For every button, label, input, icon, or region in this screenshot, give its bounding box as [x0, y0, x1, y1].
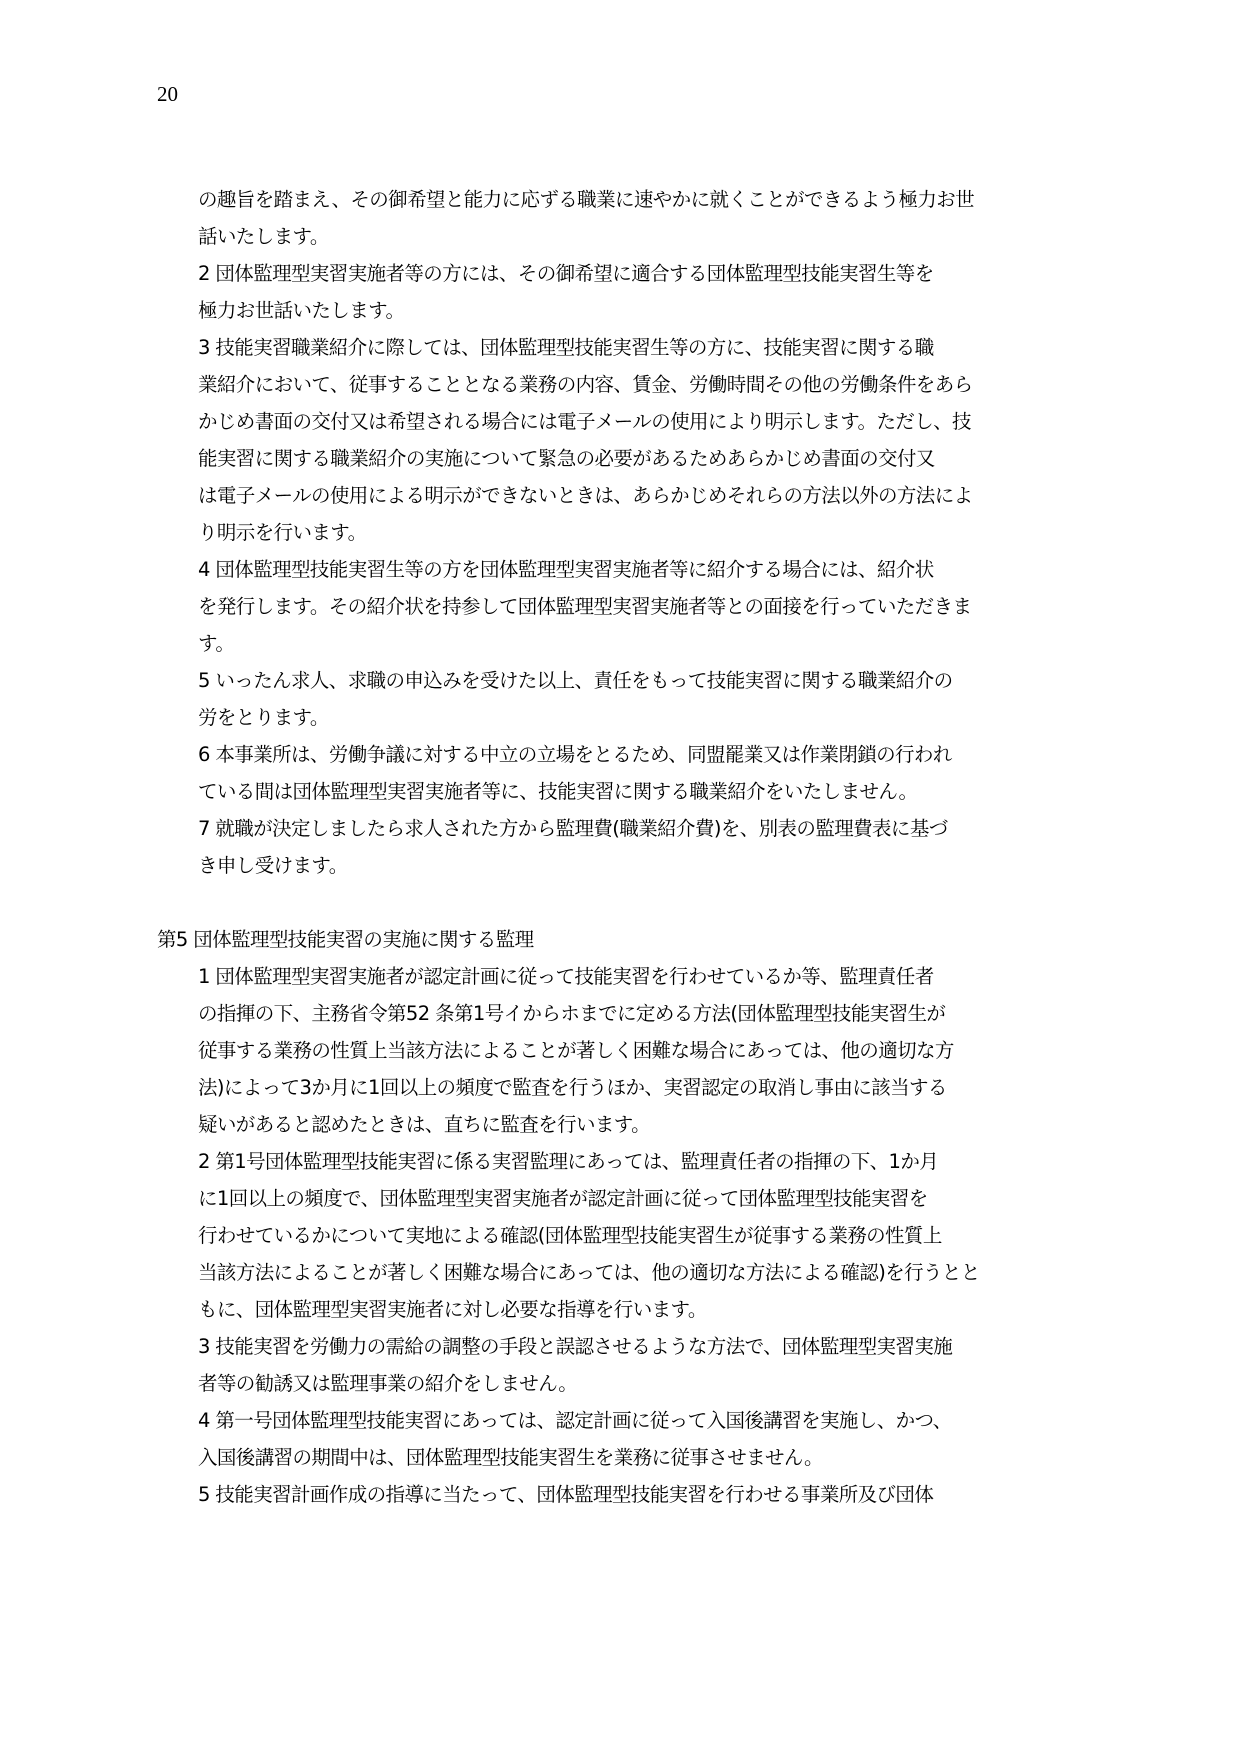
section5-item-2-line: 当該方法によることが著しく困難な場合にあっては、他の適切な方法による確認)を行う…	[198, 1261, 980, 1285]
section5-item-1-line: 法)によって3か月に1回以上の頻度で監査を行うほか、実習認定の取消し事由に該当す…	[198, 1076, 947, 1100]
list-item-3-line: 3 技能実習職業紹介に際しては、団体監理型技能実習生等の方に、技能実習に関する職	[198, 336, 934, 360]
section5-item-4-line: 入国後講習の期間中は、団体監理型技能実習生を業務に従事させません。	[198, 1446, 823, 1470]
list-item-3-line: は電子メールの使用による明示ができないときは、あらかじめそれらの方法以外の方法に…	[198, 484, 973, 508]
list-item-4-line: を発行します。その紹介状を持参して団体監理型実習実施者等との面接を行っていただき…	[198, 595, 971, 619]
list-item-3-line: 能実習に関する職業紹介の実施について緊急の必要があるためあらかじめ書面の交付又	[198, 447, 935, 471]
page-number: 20	[157, 82, 178, 106]
section5-item-1-line: 従事する業務の性質上当該方法によることが著しく困難な場合にあっては、他の適切な方	[198, 1039, 954, 1063]
section5-item-2-line: 行わせているかについて実地による確認(団体監理型技能実習生が従事する業務の性質上	[198, 1224, 942, 1248]
section-heading: 第5 団体監理型技能実習の実施に関する監理	[157, 928, 534, 952]
list-item-6-line: 6 本事業所は、労働争議に対する中立の立場をとるため、同盟罷業又は作業閉鎖の行わ…	[198, 743, 952, 767]
list-item-6-line: ている間は団体監理型実習実施者等に、技能実習に関する職業紹介をいたしません。	[198, 780, 917, 804]
list-item-2-line: 極力お世話いたします。	[198, 299, 404, 323]
list-item-3-line: り明示を行います。	[198, 521, 367, 545]
list-item-3-line: 業紹介において、従事することとなる業務の内容、賃金、労働時間その他の労働条件をあ…	[198, 373, 973, 397]
section5-item-1-line: の指揮の下、主務省令第52 条第1号イからホまでに定める方法(団体監理型技能実習…	[198, 1002, 945, 1026]
list-item-7-line: 7 就職が決定しましたら求人された方から監理費(職業紹介費)を、別表の監理費表に…	[198, 817, 948, 841]
section5-item-3-line: 者等の勧誘又は監理事業の紹介をしません。	[198, 1372, 577, 1396]
list-item-3-line: かじめ書面の交付又は希望される場合には電子メールの使用により明示します。ただし、…	[198, 410, 971, 434]
section5-item-4-line: 4 第一号団体監理型技能実習にあっては、認定計画に従って入国後講習を実施し、かつ…	[198, 1409, 952, 1433]
list-item-7-line: き申し受けます。	[198, 854, 348, 878]
section5-item-2-line: に1回以上の頻度で、団体監理型実習実施者が認定計画に従って団体監理型技能実習を	[198, 1187, 928, 1211]
list-item-4-line: す。	[198, 632, 234, 656]
paragraph-line: 話いたします。	[198, 225, 329, 249]
section5-item-1-line: 1 団体監理型実習実施者が認定計画に従って技能実習を行わせているか等、監理責任者	[198, 965, 934, 989]
list-item-5-line: 労をとります。	[198, 706, 329, 730]
section5-item-1-line: 疑いがあると認めたときは、直ちに監査を行います。	[198, 1113, 650, 1137]
section5-item-2-line: もに、団体監理型実習実施者に対し必要な指導を行います。	[198, 1298, 707, 1322]
list-item-4-line: 4 団体監理型技能実習生等の方を団体監理型実習実施者等に紹介する場合には、紹介状	[198, 558, 934, 582]
list-item-2-line: 2 団体監理型実習実施者等の方には、その御希望に適合する団体監理型技能実習生等を	[198, 262, 934, 286]
paragraph-line: の趣旨を踏まえ、その御希望と能力に応ずる職業に速やかに就くことができるよう極力お…	[198, 188, 974, 212]
section5-item-2-line: 2 第1号団体監理型技能実習に係る実習監理にあっては、監理責任者の指揮の下、1か…	[198, 1150, 938, 1174]
section5-item-5-line: 5 技能実習計画作成の指導に当たって、団体監理型技能実習を行わせる事業所及び団体	[198, 1483, 933, 1507]
section5-item-3-line: 3 技能実習を労働力の需給の調整の手段と誤認させるような方法で、団体監理型実習実…	[198, 1335, 952, 1359]
list-item-5-line: 5 いったん求人、求職の申込みを受けた以上、責任をもって技能実習に関する職業紹介…	[198, 669, 953, 693]
